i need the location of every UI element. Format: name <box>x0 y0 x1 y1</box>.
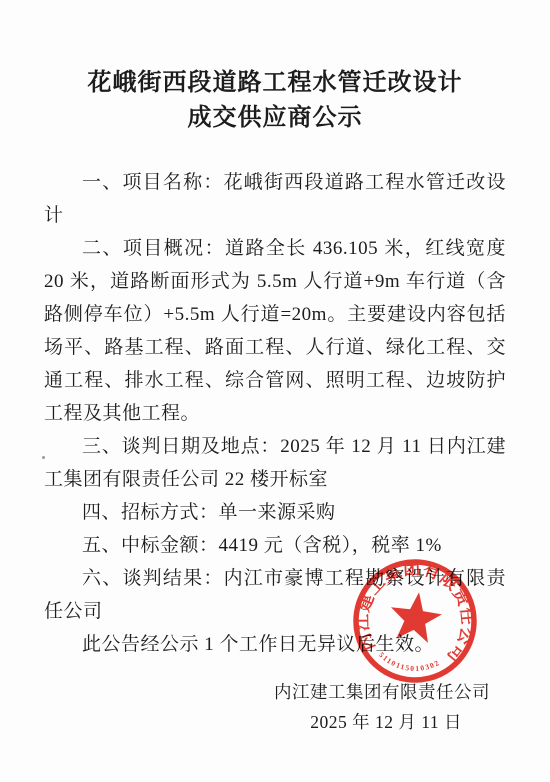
paragraph-project-overview: 二、项目概况：道路全长 436.105 米，红线宽度 20 米，道路断面形式为 … <box>44 232 506 430</box>
paragraph-award-amount: 五、中标金额：4419 元（含税），税率 1% <box>44 529 506 562</box>
signature-block: 内江建工集团有限责任公司 2025 年 12 月 11 日 <box>44 677 506 737</box>
signature-date: 2025 年 12 月 11 日 <box>44 707 506 737</box>
title-line-2: 成交供应商公示 <box>188 105 363 131</box>
paragraph-negotiation-result: 六、谈判结果：内江市豪博工程勘察设计有限责任公司 <box>44 562 506 628</box>
effective-note: 此公告经公示 1 个工作日无异议后生效。 <box>44 628 506 661</box>
document-title: 花峨街西段道路工程水管迁改设计 成交供应商公示 <box>40 66 510 136</box>
paragraph-negotiation-date-location: 三、谈判日期及地点：2025 年 12 月 11 日内江建工集团有限责任公司 2… <box>44 430 506 496</box>
document-body: 一、项目名称：花峨街西段道路工程水管迁改设计 二、项目概况：道路全长 436.1… <box>44 166 506 737</box>
document-page: 花峨街西段道路工程水管迁改设计 成交供应商公示 一、项目名称：花峨街西段道路工程… <box>0 0 550 782</box>
title-line-1: 花峨街西段道路工程水管迁改设计 <box>88 70 463 96</box>
paragraph-project-name: 一、项目名称：花峨街西段道路工程水管迁改设计 <box>44 166 506 232</box>
paragraph-bidding-method: 四、招标方式：单一来源采购 <box>44 496 506 529</box>
scan-speck <box>42 456 45 459</box>
signature-company: 内江建工集团有限责任公司 <box>44 677 506 707</box>
